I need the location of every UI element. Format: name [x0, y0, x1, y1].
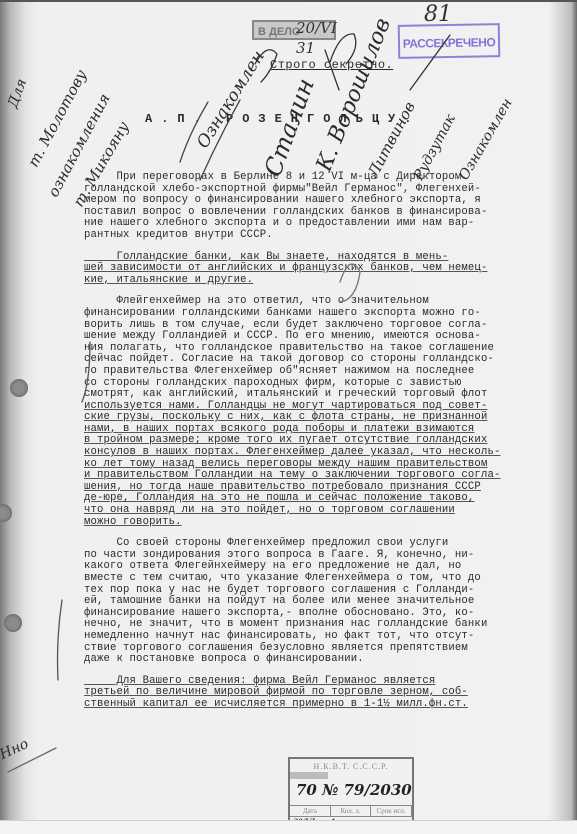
text-line: можно говорить.	[84, 517, 554, 529]
text-line: что она навряд ли на это пойдет, но о то…	[84, 505, 554, 517]
scan-bottom-margin	[0, 820, 577, 834]
paragraph: Для Вашего сведения: фирма Вейл Германос…	[84, 676, 554, 711]
registration-stamp: Н.К.В.Т. С.С.С.Р. 70 № 79/2030 Дата Кол.…	[288, 757, 414, 829]
handwritten-signature: Сталин	[259, 75, 320, 180]
col-date: Дата	[290, 806, 331, 816]
text-line: рантных кредитов внутри СССР.	[84, 230, 554, 242]
handwritten-note: Ознакомлен	[456, 96, 516, 183]
text-line: го правительства Флегенхеймер об"ясняет …	[84, 366, 554, 378]
registration-org: Н.К.В.Т. С.С.С.Р.	[290, 762, 412, 771]
registration-columns: Дата Кол. л. Срок исп.	[290, 805, 412, 817]
handwritten-note: Нно	[0, 736, 31, 763]
col-sheets: Кол. л.	[331, 806, 372, 816]
declassified-stamp: РАССЕКРЕЧЕНО	[398, 23, 501, 59]
text-line: При переговорах в Берлине 8 и 12 VI м-ца…	[84, 172, 554, 184]
punch-hole	[0, 504, 12, 522]
registration-number: 70 № 79/2030	[296, 781, 412, 799]
text-line: смотрят, как английский, итальянский и г…	[84, 389, 554, 401]
paragraph: Голландские банки, как Вы знаете, находя…	[84, 252, 554, 287]
text-line: шение между Голландией и СССР. По его мн…	[84, 331, 554, 343]
text-line: ственный капитал ее исчисляется примерно…	[84, 699, 554, 711]
text-line: кие, итальянские и другие.	[84, 275, 554, 287]
registration-dept	[290, 772, 328, 779]
text-line: шей зависимости от английских и французс…	[84, 263, 554, 275]
text-line: немедленно начнут нас финансировать, но …	[84, 631, 554, 643]
text-line: финансировании голландскими банками наше…	[84, 308, 554, 320]
col-term: Срок исп.	[371, 806, 412, 816]
letter-body: При переговорах в Берлине 8 и 12 VI м-ца…	[84, 172, 554, 721]
handwritten-note: Ознакомлен	[193, 47, 269, 152]
punch-hole	[4, 614, 22, 632]
text-line: вместе с тем считаю, что указание Флеген…	[84, 573, 554, 585]
punch-hole	[10, 379, 28, 397]
file-stamp: В ДЕЛО 20/VI 31	[252, 20, 336, 40]
file-stamp-label: В ДЕЛО	[258, 26, 300, 38]
paragraph: Флейгенхеймер на это ответил, что о знач…	[84, 296, 554, 528]
file-stamp-number: 20/VI 31	[296, 18, 337, 58]
text-line: даже к постановке вопроса о финансирован…	[84, 654, 554, 666]
document-page: В ДЕЛО 20/VI 31 81 РАССЕКРЕЧЕНО Строго с…	[0, 0, 577, 822]
text-line: консулов в наших портах. Флегенхеймер да…	[84, 447, 554, 459]
paragraph: Со своей стороны Флегенхеймер предложил …	[84, 538, 554, 666]
handwritten-note: Для	[5, 77, 30, 110]
paragraph: При переговорах в Берлине 8 и 12 VI м-ца…	[84, 172, 554, 242]
handwritten-signature: Литвинов	[364, 99, 419, 180]
